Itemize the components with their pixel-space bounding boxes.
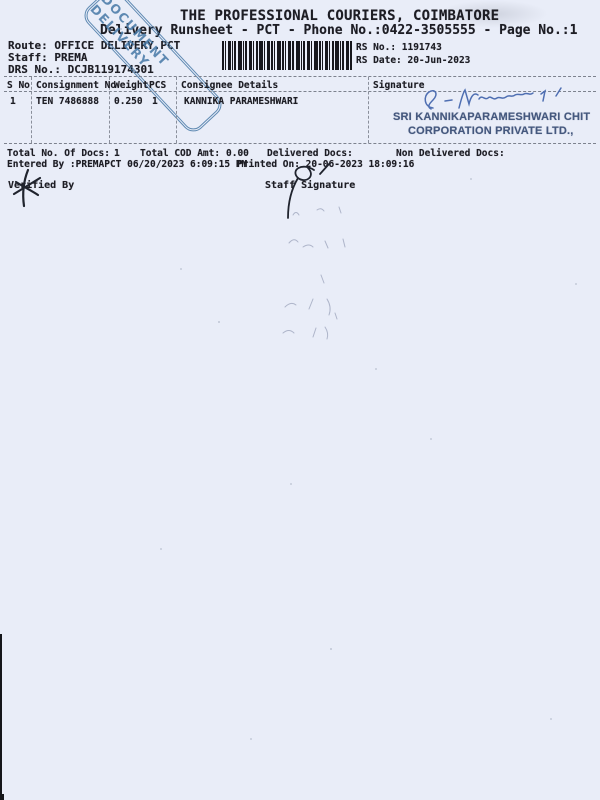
scan-edge-shadow bbox=[0, 634, 2, 800]
consignee-company-stamp-line1: SRI KANNIKAPARAMESHWARI CHIT bbox=[393, 111, 590, 123]
rs-date-line: RS Date: 20-Jun-2023 bbox=[356, 55, 470, 66]
col-header-pcs: PCS bbox=[149, 80, 166, 91]
table-top-rule bbox=[4, 76, 596, 77]
table-column-rule bbox=[368, 77, 369, 143]
rs-number-line: RS No.: 1191743 bbox=[356, 42, 442, 53]
total-docs-value: 1 bbox=[114, 148, 120, 159]
col-header-consignment: Consignment No bbox=[36, 80, 116, 91]
company-title: THE PROFESSIONAL COURIERS, COIMBATORE bbox=[180, 8, 499, 24]
row-consignee: KANNIKA PARAMESHWARI bbox=[184, 96, 298, 107]
row-consignment: TEN 7486888 bbox=[36, 96, 99, 107]
table-column-rule bbox=[176, 77, 177, 143]
col-header-consignee: Consignee Details bbox=[181, 80, 278, 91]
col-header-sno: S No bbox=[7, 80, 30, 91]
verified-by-pen-stroke bbox=[6, 166, 61, 214]
scanned-document-page: { "document": { "title": "THE PROFESSION… bbox=[0, 0, 600, 800]
total-cod-value: 0.00 bbox=[226, 148, 249, 159]
barcode-icon bbox=[222, 41, 352, 70]
row-pcs: 1 bbox=[152, 96, 158, 107]
row-weight: 0.250 bbox=[114, 96, 143, 107]
table-column-rule bbox=[31, 77, 32, 143]
row-sno: 1 bbox=[10, 96, 16, 107]
col-header-weight: Weight bbox=[114, 80, 148, 91]
total-docs-label: Total No. Of Docs: bbox=[7, 148, 110, 159]
total-cod-label: Total COD Amt: bbox=[140, 148, 220, 159]
consignee-company-stamp-line2: CORPORATION PRIVATE LTD., bbox=[408, 125, 574, 137]
table-bottom-rule bbox=[4, 143, 596, 144]
handwriting-impressions bbox=[265, 195, 395, 345]
delivered-docs-label: Delivered Docs: bbox=[267, 148, 353, 159]
scan-edge-corner bbox=[0, 794, 4, 800]
runsheet-subtitle: Delivery Runsheet - PCT - Phone No.:0422… bbox=[100, 23, 577, 38]
non-delivered-docs-label: Non Delivered Docs: bbox=[396, 148, 505, 159]
